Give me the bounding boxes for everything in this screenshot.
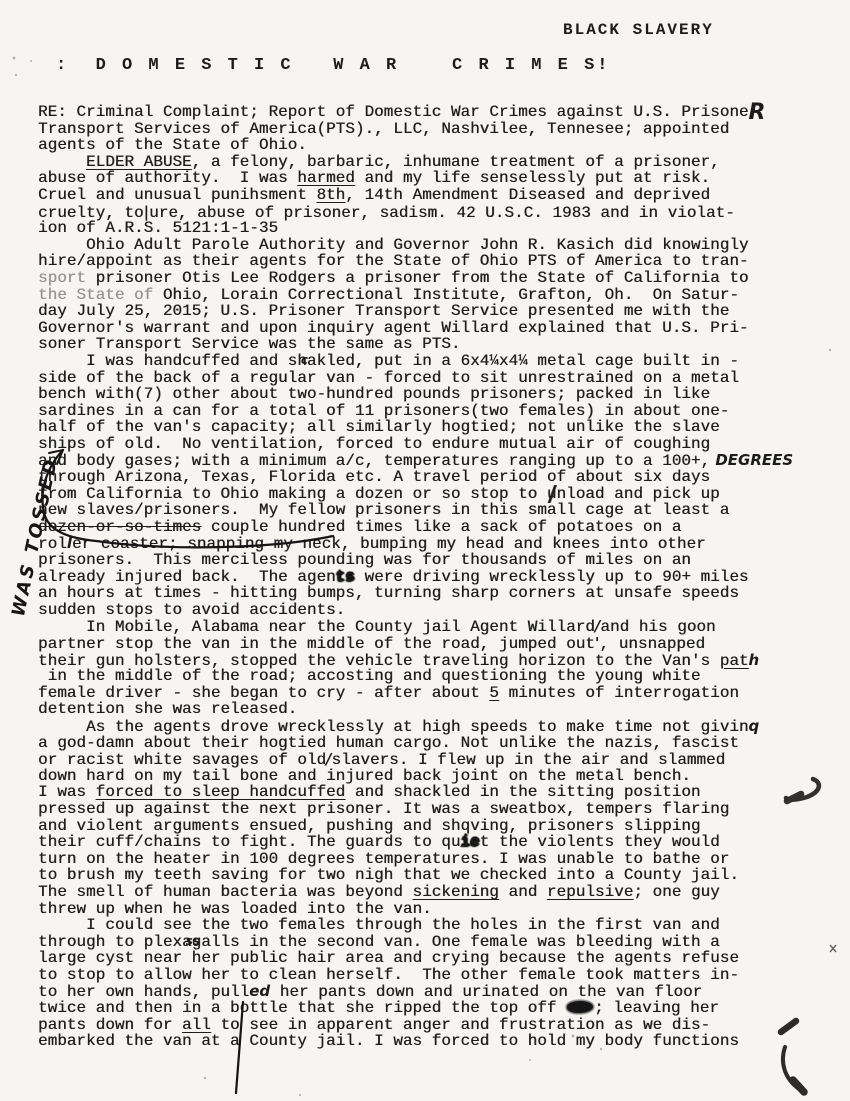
text-segment: to brush my teeth saving for two nigh th… (38, 866, 739, 884)
text-segment: ; leaving her (594, 999, 719, 1017)
document-line: agents of the State of Ohio. (38, 137, 793, 154)
text-segment: an hours at times - hitting bumps, turni… (38, 584, 739, 602)
text-segment: couple hundred times like a sack of pota… (201, 518, 681, 536)
document-line: turn on the heater in 100 degrees temper… (38, 851, 793, 868)
document-line: the State of Ohio, Lorain Correctional I… (38, 287, 793, 304)
document-line: hire/appoint as their agents for the Sta… (38, 253, 793, 270)
document-line: I was forced to sleep handcuffed and sha… (38, 784, 793, 801)
document-line: and body gases; with a minimum a/c, temp… (38, 452, 793, 469)
text-segment: galls in the second van. One female was … (192, 933, 720, 951)
underlined-text: harmed (297, 169, 355, 187)
text-segment: and violent arguments ensued, pushing an… (38, 817, 701, 835)
text-segment: Cruel and unusual punihsment (38, 186, 316, 204)
handwritten-mark: R (749, 100, 766, 125)
text-segment: bench with(7) other about two-hundred po… (38, 385, 710, 403)
text-segment: side of the back of a regular van - forc… (38, 369, 739, 387)
document-line: Governor's warrant and upon inquiry agen… (38, 320, 793, 337)
document-line: large cyst near her public hair area and… (38, 950, 793, 967)
text-segment: In Mobile, Alabama near the County jail … (38, 618, 595, 636)
struck-text: dozen-or-so-times (38, 518, 201, 536)
text-segment: ships of old. No ventilation, forced to … (38, 435, 710, 453)
text-segment: ion of A.R.S. 5121:1-1-35 (38, 219, 278, 237)
document-line: ELDER ABUSE, a felony, barbaric, inhuman… (38, 154, 793, 171)
document-line: cruelty, to|ure, abuse of prisoner, sadi… (38, 204, 793, 221)
document-line: sudden stops to avoid accidents. (38, 602, 793, 619)
text-segment: embarked the van at a County jail. I was… (38, 1032, 739, 1050)
text-segment: through Arizona, Texas, Florida etc. A t… (38, 468, 710, 486)
document-line: new slaves/prisoners. My fellow prisoner… (38, 502, 793, 519)
text-segment: Governor's warrant and upon inquiry agen… (38, 319, 749, 337)
text-segment: RE: Criminal Complaint; Report of Domest… (38, 103, 749, 121)
underlined-text: 5 (489, 684, 499, 702)
text-segment: a god-damn about their hogtied human car… (38, 734, 739, 752)
text-segment: minutes of interrogation (499, 684, 739, 702)
document-line: a god-damn about their hogtied human car… (38, 735, 793, 752)
document-line: through to plexassgalls in the second va… (38, 934, 793, 951)
underlined-text: pat (720, 652, 749, 670)
document-line: prisoners. This merciless pounding was f… (38, 552, 793, 569)
document-line: In Mobile, Alabama near the County jail … (38, 618, 793, 635)
text-segment: twice and then in a bottle that she ripp… (38, 999, 566, 1017)
overstrike-blot: ts (336, 568, 355, 586)
document-line: As the agents drove wrecklessly at high … (38, 718, 793, 735)
document-line: female driver - she began to cry - after… (38, 685, 793, 702)
document-line: half of the van's capacity; all similarl… (38, 419, 793, 436)
text-segment: Ohio, Lorain Correctional Institute, Gra… (153, 286, 739, 304)
text-segment: in the middle of the road; accosting and… (38, 667, 701, 685)
document-line: their cuff/chains to fight. The guards t… (38, 834, 793, 851)
document-line: partner stop the van in the middle of th… (38, 635, 793, 652)
text-segment: day July 25, 2015; U.S. Prisoner Transpo… (38, 302, 729, 320)
text-segment: threw up when he was loaded into the van… (38, 900, 432, 918)
document-line: pants down for all to see in apparent an… (38, 1017, 793, 1034)
text-segment: large cyst near her public hair area and… (38, 949, 739, 967)
document-line: already injured back. The agents were dr… (38, 569, 793, 586)
document-line: abuse of authority. I was harmed and my … (38, 170, 793, 187)
document-line: twice and then in a bottle that she ripp… (38, 1000, 793, 1017)
document-line: soner Transport Service was the same as … (38, 336, 793, 353)
text-segment: , unsnapped (599, 635, 705, 653)
text-segment: half of the van's capacity; all similarl… (38, 418, 720, 436)
handwritten-mark: ss (186, 933, 200, 950)
document-line: I could see the two females through the … (38, 917, 793, 934)
document-line: day July 25, 2015; U.S. Prisoner Transpo… (38, 303, 793, 320)
handwritten-mark: ed (249, 982, 270, 1000)
document-line: to brush my teeth saving for two nigh th… (38, 867, 793, 884)
text-segment: new slaves/prisoners. My fellow prisoner… (38, 501, 729, 519)
document-line: ion of A.R.S. 5121:1-1-35 (38, 220, 793, 237)
text-segment: Transport Services of America(PTS)., LLC… (38, 120, 729, 138)
pen-x-mark (830, 945, 836, 952)
text-segment: from California to Ohio making a dozen o… (38, 485, 547, 503)
text-segment (38, 153, 86, 171)
document-line: in the middle of the road; accosting and… (38, 668, 793, 685)
underlined-text: repulsive (547, 883, 633, 901)
document-line: Ohio Adult Parole Authority and Governor… (38, 237, 793, 254)
document-line: Cruel and unusual punihsment 8th, 14th A… (38, 187, 793, 204)
text-segment: sardines in a can for a total of 11 pris… (38, 402, 729, 420)
document-line: I was handcuffed and shcakled, put in a … (38, 353, 793, 370)
document-line: Transport Services of America(PTS)., LLC… (38, 121, 793, 138)
handwritten-mark: q (749, 717, 760, 735)
text-segment: detention she was released. (38, 700, 297, 718)
text-segment: Ohio Adult Parole Authority and Governor… (38, 236, 749, 254)
document-line: their gun holsters, stopped the vehicle … (38, 652, 793, 669)
handwritten-mark: c (301, 352, 308, 369)
document-line: threw up when he was loaded into the van… (38, 901, 793, 918)
text-segment: , 14th Amendment Diseased and deprived (345, 186, 710, 204)
text-segment: turn on the heater in 100 degrees temper… (38, 850, 729, 868)
document-line: through Arizona, Texas, Florida etc. A t… (38, 469, 793, 486)
document-page: BLACK SLAVERY : D O M E S T I C W A R C … (0, 0, 850, 1101)
page-header-label: BLACK SLAVERY (563, 21, 714, 39)
text-segment: hire/appoint as their agents for the Sta… (38, 252, 749, 270)
pen-marked-letter: u (547, 485, 557, 503)
underlined-text: 8th (316, 186, 345, 204)
overstrike-blot: ie (460, 833, 479, 851)
document-title: : D O M E S T I C W A R C R I M E S! (56, 56, 610, 75)
underlined-text: forced to sleep handcuffed (96, 783, 346, 801)
text-segment: partner stop the van in the middle of th… (38, 635, 595, 653)
text-segment: pants down for (38, 1016, 182, 1034)
text-segment: I was (38, 783, 96, 801)
document-line: pressed up against the next prisoner. It… (38, 801, 793, 818)
document-line: The smell of human bacteria was beyond s… (38, 884, 793, 901)
text-segment: female driver - she began to cry - after… (38, 684, 489, 702)
text-segment: abuse of authority. I was (38, 169, 297, 187)
text-segment: sudden stops to avoid accidents. (38, 601, 345, 619)
ink-scribble (567, 1000, 594, 1013)
faded-text: sport (38, 269, 86, 287)
text-segment: soner Transport Service was the same as … (38, 335, 460, 353)
handwritten-mark: h (749, 651, 760, 669)
document-line: bench with(7) other about two-hundred po… (38, 386, 793, 403)
text-segment: to stop to allow her to clean herself. T… (38, 966, 739, 984)
text-segment: were driving wrecklessly up to 90+ miles (355, 568, 749, 586)
document-line: detention she was released. (38, 701, 793, 718)
document-line: RE: Criminal Complaint; Report of Domest… (38, 104, 793, 121)
text-segment: and my life senselessly put at risk. (355, 169, 710, 187)
document-line: an hours at times - hitting bumps, turni… (38, 585, 793, 602)
underlined-text: all (182, 1016, 211, 1034)
text-segment: and his goon (600, 618, 715, 636)
text-segment: , a felony, barbaric, inhumane treatment… (192, 153, 720, 171)
document-line: from California to Ohio making a dozen o… (38, 486, 793, 503)
text-segment: nload and pick up (557, 485, 720, 503)
document-line: and violent arguments ensued, pushing an… (38, 818, 793, 835)
faded-text: the State of (38, 286, 153, 304)
document-line: to her own hands, pulled her pants down … (38, 983, 793, 1000)
document-line: down hard on my tail bone and injured ba… (38, 768, 793, 785)
handwritten-mark: DEGREES (710, 451, 793, 469)
document-line: side of the back of a regular van - forc… (38, 370, 793, 387)
document-line: to stop to allow her to clean herself. T… (38, 967, 793, 984)
text-segment: The smell of human bacteria was beyond (38, 883, 412, 901)
text-segment: down hard on my tail bone and injured ba… (38, 767, 691, 785)
underlined-text: sickening (412, 883, 498, 901)
document-line: embarked the van at a County jail. I was… (38, 1033, 793, 1050)
document-line: dozen-or-so-times couple hundred times l… (38, 519, 793, 536)
text-segment: their cuff/chains to fight. The guards t… (38, 833, 460, 851)
document-body: RE: Criminal Complaint; Report of Domest… (38, 104, 793, 1050)
text-segment: I could see the two females through the … (38, 916, 720, 934)
text-segment: ; one guy (633, 883, 719, 901)
text-segment: agents of the State of Ohio. (38, 136, 307, 154)
text-segment: to see in apparent anger and frustration… (211, 1016, 710, 1034)
document-line: sport prisoner Otis Lee Rodgers a prison… (38, 270, 793, 287)
document-line: or racist white savages of old/slavers. … (38, 751, 793, 768)
document-line: roller coaster; snapping my neck, bumpin… (38, 535, 793, 552)
text-segment: pressed up against the next prisoner. It… (38, 800, 729, 818)
text-segment: and (499, 883, 547, 901)
text-segment: I was handcuffed and sh (38, 352, 307, 370)
text-segment: and shackled in the sitting position (345, 783, 700, 801)
underlined-text: ELDER ABUSE (86, 153, 192, 171)
document-line: ships of old. No ventilation, forced to … (38, 436, 793, 453)
text-segment: prisoners. This merciless pounding was f… (38, 551, 691, 569)
text-segment: prisoner Otis Lee Rodgers a prisoner fro… (86, 269, 749, 287)
text-segment: through to plexa (38, 933, 192, 951)
document-line: sardines in a can for a total of 11 pris… (38, 403, 793, 420)
text-segment: already injured back. The agen (38, 568, 336, 586)
text-segment: akled, put in a 6x4¼x4¼ metal cage built… (307, 352, 739, 370)
text-segment: t the violents they would (480, 833, 720, 851)
